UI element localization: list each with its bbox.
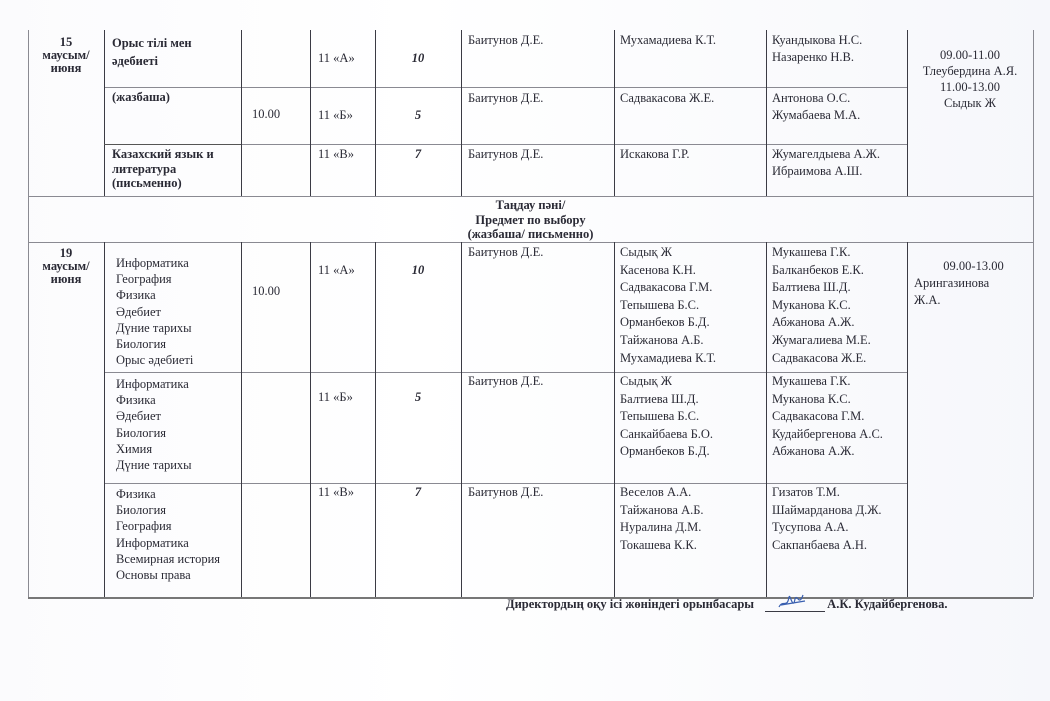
checkers-list: Антонова О.С. Жумабаева М.А. bbox=[772, 90, 860, 124]
checker-name: Муканова К.С. bbox=[772, 391, 883, 409]
col-divider bbox=[614, 242, 615, 597]
checker-name: Мукашева Г.К. bbox=[772, 244, 871, 262]
col-divider bbox=[614, 30, 615, 196]
class-name: 11 «А» bbox=[318, 262, 355, 279]
col-divider bbox=[241, 242, 242, 597]
subject-item: Физика bbox=[116, 287, 193, 303]
subject-item: Всемирная история bbox=[116, 551, 220, 567]
checker-name: Тусупова А.А. bbox=[772, 519, 882, 537]
checker-name: Мукашева Г.К. bbox=[772, 373, 883, 391]
subject-item: География bbox=[116, 518, 220, 534]
subject-item: Биология bbox=[116, 336, 193, 352]
subject-item: Химия bbox=[116, 441, 192, 457]
col-divider bbox=[104, 242, 105, 597]
organizer-name: Баитунов Д.Е. bbox=[468, 90, 543, 107]
checkers-list: Мукашева Г.К. Муканова К.С. Садвакасова … bbox=[772, 373, 883, 461]
checker-name: Куандыкова Н.С. bbox=[772, 32, 862, 49]
assistant-name: Санкайбаева Б.О. bbox=[620, 426, 713, 444]
checker-name: Балканбеков Е.К. bbox=[772, 262, 871, 280]
table-left-border bbox=[28, 30, 29, 597]
checker-name: Сакпанбаева А.Н. bbox=[772, 537, 882, 555]
col-divider bbox=[766, 242, 767, 597]
assistant-name: Сыдық Ж bbox=[620, 373, 713, 391]
col-divider bbox=[907, 242, 908, 597]
assistant-name: Садвакасова Г.М. bbox=[620, 279, 716, 297]
assistant-name: Токашева К.К. bbox=[620, 537, 704, 555]
subject-divider bbox=[104, 144, 241, 145]
subject-item: География bbox=[116, 271, 193, 287]
duty-time: 11.00-13.00 bbox=[907, 79, 1033, 95]
student-count: 5 bbox=[375, 107, 461, 124]
col-divider bbox=[461, 30, 462, 196]
assistant-name: Сыдық Ж bbox=[620, 244, 716, 262]
assistant-name: Садвакасова Ж.Е. bbox=[620, 90, 714, 107]
duty-person: Тлеубердина А.Я. bbox=[907, 63, 1033, 79]
header-line-ru: Предмет по выбору bbox=[28, 213, 1033, 228]
subject-item: Биология bbox=[116, 425, 192, 441]
class-name: 11 «В» bbox=[318, 484, 354, 501]
checker-name: Садвакасова Г.М. bbox=[772, 408, 883, 426]
checkers-list: Жумагелдыева А.Ж. Ибраимова А.Ш. bbox=[772, 146, 880, 180]
assistants-list: Садвакасова Ж.Е. bbox=[620, 90, 714, 107]
duty-time: 09.00-11.00 bbox=[907, 47, 1033, 63]
subject-line: литература bbox=[112, 162, 240, 177]
assistant-name: Веселов А.А. bbox=[620, 484, 704, 502]
subject-item: Дүние тарихы bbox=[116, 320, 193, 336]
assistant-name: Нуралина Д.М. bbox=[620, 519, 704, 537]
signature-footer: Директордың оқу ісі жөніндегі орынбасары… bbox=[506, 597, 948, 612]
subject-line: Казахский язык и bbox=[112, 147, 240, 162]
class-name: 11 «Б» bbox=[318, 107, 353, 124]
assistant-name: Тайжанова А.Б. bbox=[620, 332, 716, 350]
checker-name: Жумагелдыева А.Ж. bbox=[772, 146, 880, 163]
checker-name: Назаренко Н.В. bbox=[772, 49, 862, 66]
col-divider bbox=[310, 242, 311, 597]
col-divider bbox=[310, 30, 311, 196]
section-header-elective: Таңдау пәні/ Предмет по выбору (жазбаша/… bbox=[28, 198, 1033, 242]
assistants-list: Сыдық Ж Балтиева Ш.Д. Тепышева Б.С. Санк… bbox=[620, 373, 713, 461]
subject-item: Физика bbox=[116, 486, 220, 502]
organizer-name: Баитунов Д.Е. bbox=[468, 373, 543, 390]
subjects-list: Информатика Физика Әдебиет Биология Хими… bbox=[116, 376, 192, 473]
duty-person: Арингазинова bbox=[914, 275, 1033, 292]
assistant-name: Орманбеков Б.Д. bbox=[620, 314, 716, 332]
subject-russian-literature: Орыс тілі мен әдебиеті (жазбаша) bbox=[112, 34, 240, 106]
checker-name: Антонова О.С. bbox=[772, 90, 860, 107]
subject-item: Биология bbox=[116, 502, 220, 518]
assistant-name: Тепышева Б.С. bbox=[620, 408, 713, 426]
subjects-list: Информатика География Физика Әдебиет Дүн… bbox=[116, 255, 193, 368]
subject-item: Әдебиет bbox=[116, 304, 193, 320]
duty-schedule: 09.00-11.00 Тлеубердина А.Я. 11.00-13.00… bbox=[907, 47, 1033, 111]
class-name: 11 «Б» bbox=[318, 389, 353, 406]
checkers-list: Куандыкова Н.С. Назаренко Н.В. bbox=[772, 32, 862, 66]
organizer-name: Баитунов Д.Е. bbox=[468, 484, 543, 501]
subject-line: әдебиеті bbox=[112, 52, 240, 70]
assistants-list: Сыдық Ж Касенова К.Н. Садвакасова Г.М. Т… bbox=[620, 244, 716, 367]
subject-mode: (жазбаша) bbox=[112, 88, 240, 106]
row-divider bbox=[28, 196, 1033, 197]
subject-line: Орыс тілі мен bbox=[112, 34, 240, 52]
organizer-name: Баитунов Д.Е. bbox=[468, 146, 543, 163]
checker-name: Балтиева Ш.Д. bbox=[772, 279, 871, 297]
assistant-name: Тепышева Б.С. bbox=[620, 297, 716, 315]
class-name: 11 «А» bbox=[318, 50, 355, 67]
assistant-name: Мухамадиева К.Т. bbox=[620, 32, 716, 49]
checker-name: Кудайбергенова А.С. bbox=[772, 426, 883, 444]
subject-kazakh-language: Казахский язык и литература (письменно) bbox=[112, 147, 240, 191]
checker-name: Жумабаева М.А. bbox=[772, 107, 860, 124]
subject-item: Әдебиет bbox=[116, 408, 192, 424]
subject-item: Физика bbox=[116, 392, 192, 408]
assistant-name: Балтиева Ш.Д. bbox=[620, 391, 713, 409]
date-month-ru: июня bbox=[28, 273, 104, 286]
exam-time: 10.00 bbox=[252, 106, 280, 123]
duty-schedule: 09.00-13.00 Арингазинова Ж.А. bbox=[914, 258, 1033, 309]
exam-schedule-table: 15 маусым/ июня Орыс тілі мен әдебиеті (… bbox=[0, 0, 1050, 701]
subject-item: Информатика bbox=[116, 376, 192, 392]
duty-person: Ж.А. bbox=[914, 292, 1033, 309]
subject-mode: (письменно) bbox=[112, 176, 240, 191]
exam-date: 19 маусым/ июня bbox=[28, 247, 104, 286]
signature-line bbox=[765, 597, 825, 612]
col-divider bbox=[375, 242, 376, 597]
header-line-kz: Таңдау пәні/ bbox=[28, 198, 1033, 213]
class-name: 11 «В» bbox=[318, 146, 354, 163]
checker-name: Ибраимова А.Ш. bbox=[772, 163, 880, 180]
organizer-name: Баитунов Д.Е. bbox=[468, 32, 543, 49]
checker-name: Садвакасова Ж.Е. bbox=[772, 350, 871, 368]
checker-name: Муканова К.С. bbox=[772, 297, 871, 315]
subjects-list: Физика Биология География Информатика Вс… bbox=[116, 486, 220, 583]
subject-item: Основы права bbox=[116, 567, 220, 583]
duty-person: Сыдык Ж bbox=[907, 95, 1033, 111]
subject-item: Дүние тарихы bbox=[116, 457, 192, 473]
checker-name: Жумагалиева М.Е. bbox=[772, 332, 871, 350]
assistants-list: Мухамадиева К.Т. bbox=[620, 32, 716, 49]
assistant-name: Орманбеков Б.Д. bbox=[620, 443, 713, 461]
date-month-ru: июня bbox=[28, 62, 104, 75]
assistant-name: Касенова К.Н. bbox=[620, 262, 716, 280]
checker-name: Шаймарданова Д.Ж. bbox=[772, 502, 882, 520]
col-divider bbox=[241, 30, 242, 196]
col-divider bbox=[766, 30, 767, 196]
student-count: 7 bbox=[375, 146, 461, 163]
table-right-border bbox=[1033, 30, 1034, 597]
duty-time: 09.00-13.00 bbox=[914, 258, 1033, 275]
student-count: 10 bbox=[375, 50, 461, 67]
signature-scribble-icon bbox=[775, 589, 809, 613]
assistant-name: Тайжанова А.Б. bbox=[620, 502, 704, 520]
checker-name: Гизатов Т.М. bbox=[772, 484, 882, 502]
assistants-list: Искакова Г.Р. bbox=[620, 146, 690, 163]
checker-name: Абжанова А.Ж. bbox=[772, 314, 871, 332]
signatory-name: А.К. Кудайбергенова. bbox=[827, 597, 947, 611]
col-divider bbox=[104, 30, 105, 196]
organizer-name: Баитунов Д.Е. bbox=[468, 244, 543, 261]
student-count: 5 bbox=[375, 389, 461, 406]
subject-item: Информатика bbox=[116, 535, 220, 551]
col-divider bbox=[461, 242, 462, 597]
exam-date: 15 маусым/ июня bbox=[28, 36, 104, 75]
checker-name: Абжанова А.Ж. bbox=[772, 443, 883, 461]
header-line-mode: (жазбаша/ письменно) bbox=[28, 227, 1033, 242]
student-count: 7 bbox=[375, 484, 461, 501]
assistants-list: Веселов А.А. Тайжанова А.Б. Нуралина Д.М… bbox=[620, 484, 704, 554]
assistant-name: Мухамадиева К.Т. bbox=[620, 350, 716, 368]
assistant-name: Искакова Г.Р. bbox=[620, 146, 690, 163]
row-divider bbox=[28, 242, 1033, 243]
checkers-list: Гизатов Т.М. Шаймарданова Д.Ж. Тусупова … bbox=[772, 484, 882, 554]
subject-item: Орыс әдебиеті bbox=[116, 352, 193, 368]
subject-item: Информатика bbox=[116, 255, 193, 271]
exam-time: 10.00 bbox=[252, 283, 280, 300]
spacer bbox=[112, 70, 240, 88]
signatory-position: Директордың оқу ісі жөніндегі орынбасары bbox=[506, 597, 754, 611]
student-count: 10 bbox=[375, 262, 461, 279]
checkers-list: Мукашева Г.К. Балканбеков Е.К. Балтиева … bbox=[772, 244, 871, 367]
